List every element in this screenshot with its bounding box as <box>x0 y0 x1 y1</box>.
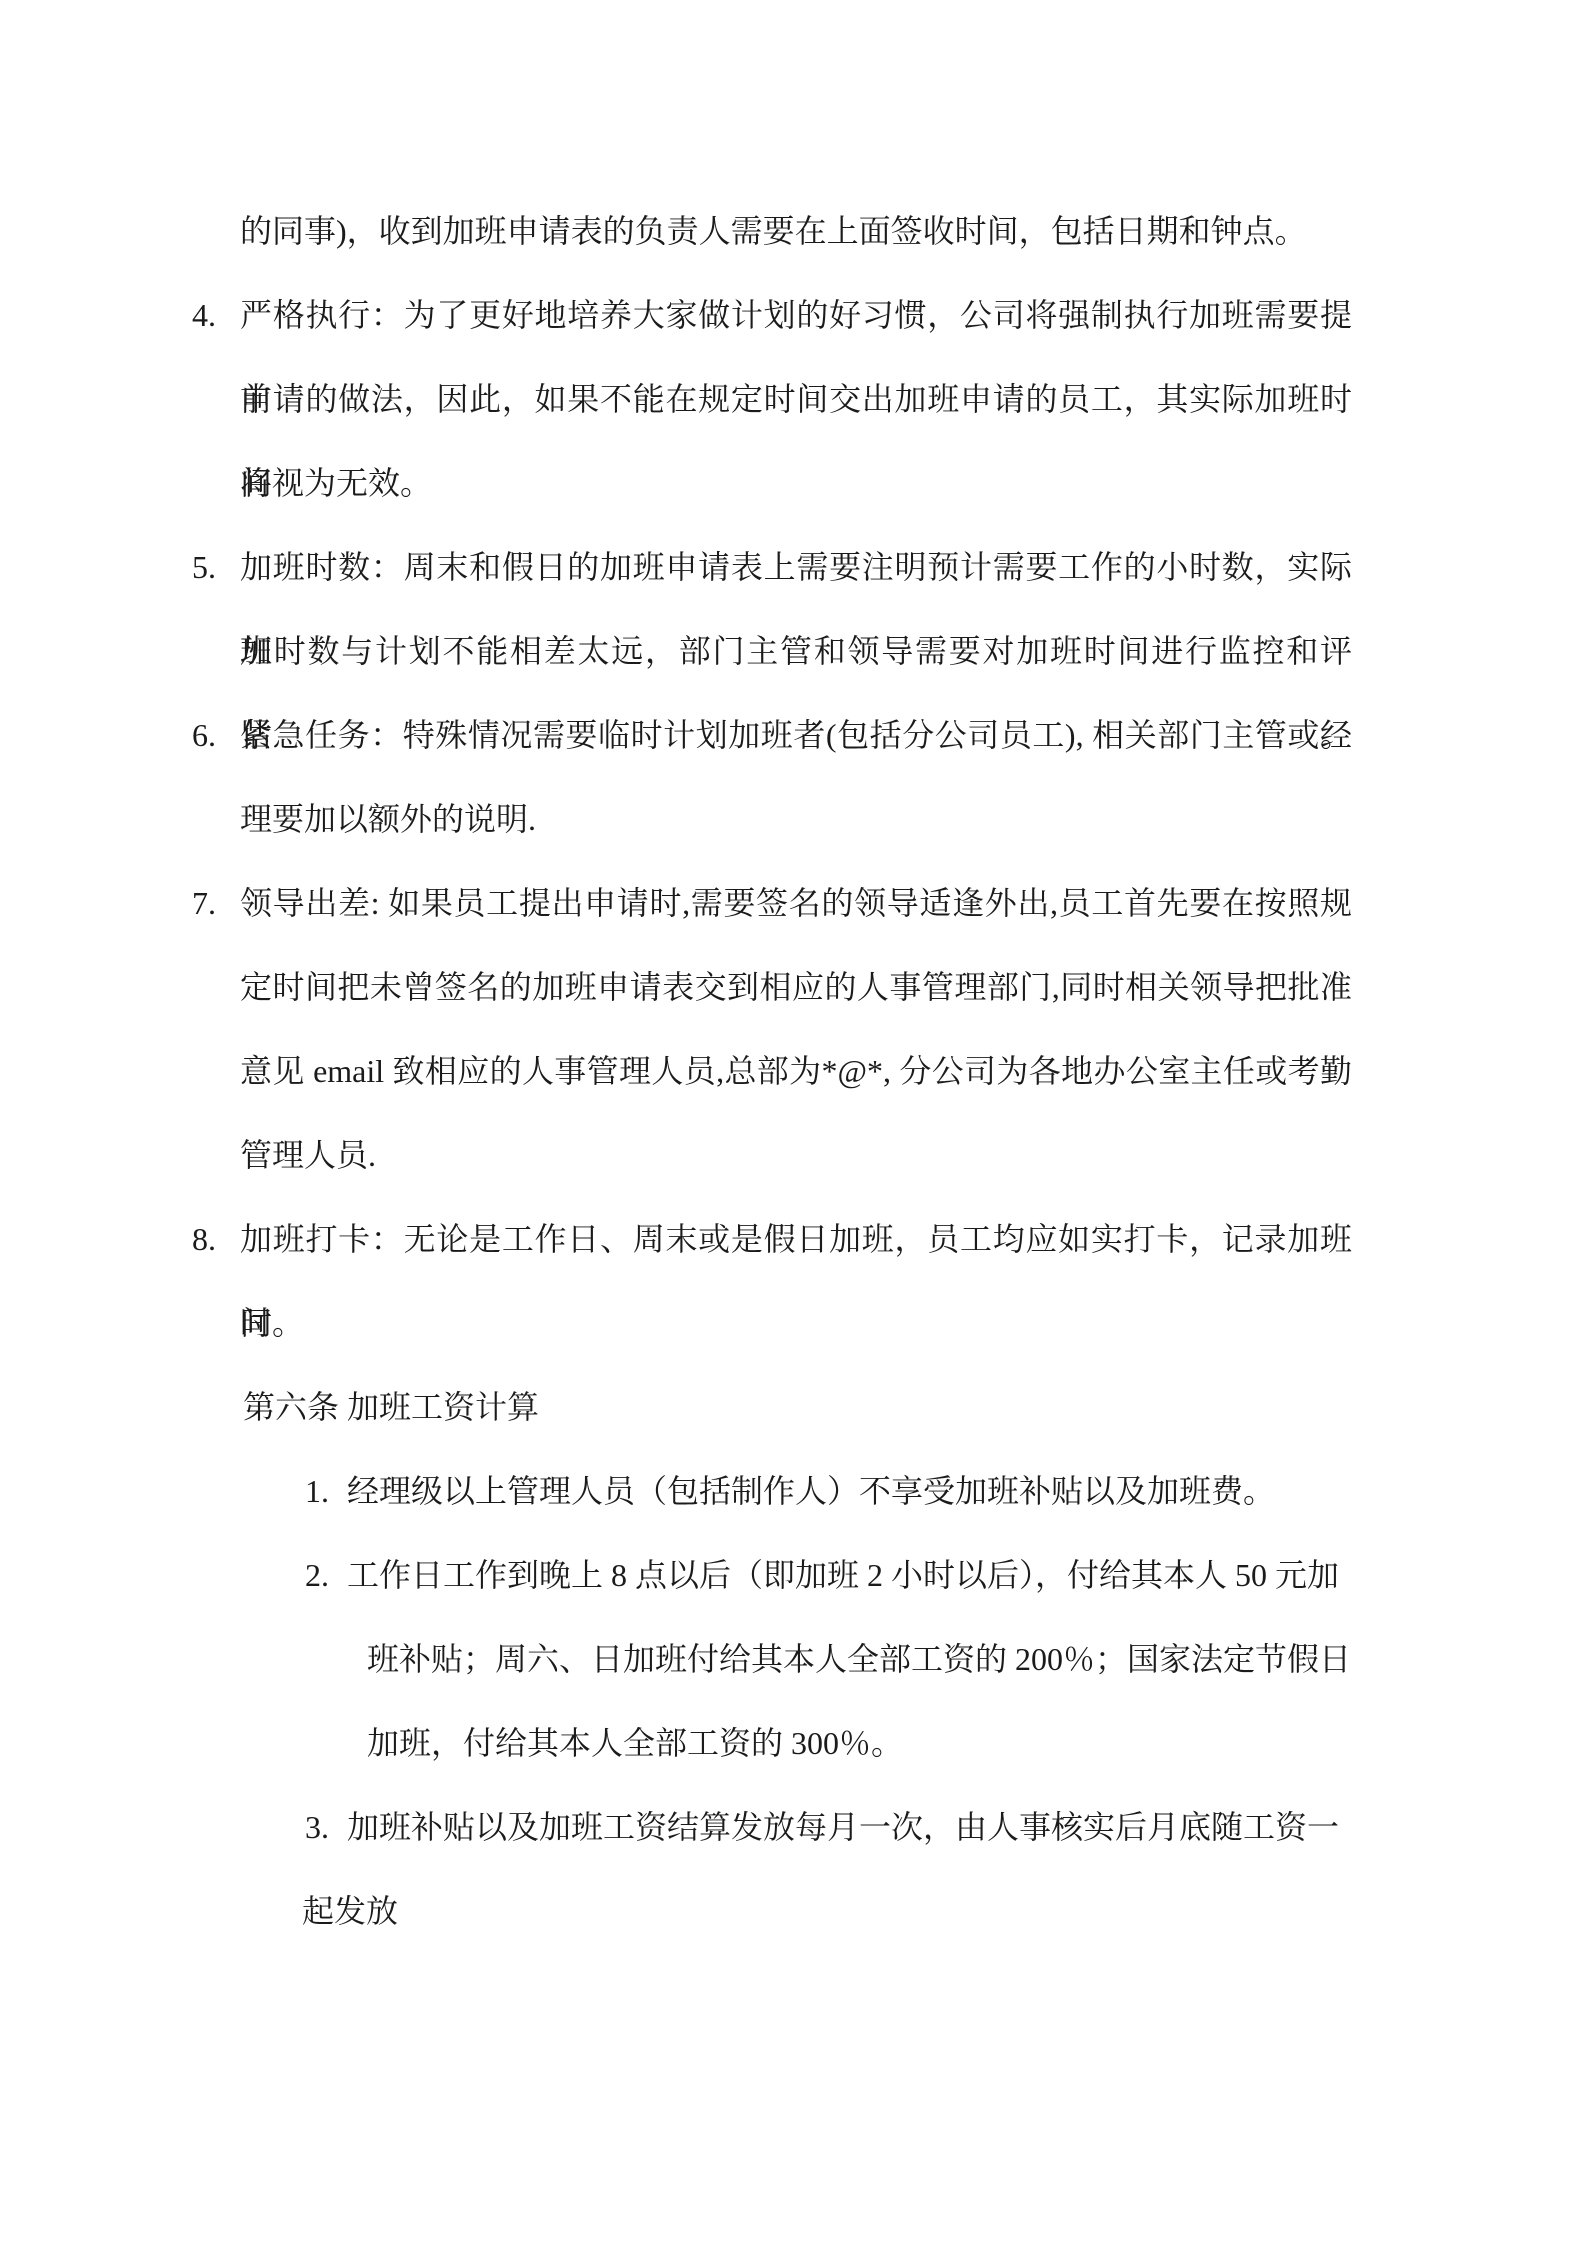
line-text: 经理级以上管理人员（包括制作人）不享受加班补贴以及加班费。 <box>347 1449 1587 1533</box>
list-item-4-line-1: 4. 严格执行：为了更好地培养大家做计划的好习惯，公司将强制执行加班需要提前 <box>0 273 1587 357</box>
sub-item-1-line-1: 1. 经理级以上管理人员（包括制作人）不享受加班补贴以及加班费。 <box>0 1449 1587 1533</box>
text-line: 间。 <box>0 1281 1587 1365</box>
text-line: 的同事)，收到加班申请表的负责人需要在上面签收时间，包括日期和钟点。 <box>0 189 1587 273</box>
sub-item-2-line-1: 2. 工作日工作到晚上 8 点以后（即加班 2 小时以后），付给其本人 50 元… <box>0 1533 1587 1617</box>
line-text: 加班补贴以及加班工资结算发放每月一次，由人事核实后月底随工资一 <box>347 1785 1587 1869</box>
list-item-7-line-1: 7. 领导出差: 如果员工提出申请时,需要签名的领导适逢外出,员工首先要在按照规 <box>0 861 1587 945</box>
list-number: 3. <box>305 1785 329 1869</box>
text-line: 起发放 <box>0 1869 1587 1953</box>
text-line: 管理人员. <box>0 1113 1587 1197</box>
line-text: 定时间把未曾签名的加班申请表交到相应的人事管理部门,同时相关领导把批准 <box>240 945 1352 1029</box>
line-text: 管理人员. <box>240 1113 1587 1197</box>
list-item-5-line-1: 5. 加班时数：周末和假日的加班申请表上需要注明预计需要工作的小时数，实际加 <box>0 525 1587 609</box>
list-number: 4. <box>192 273 216 357</box>
list-item-6-line-1: 6. 紧急任务：特殊情况需要临时计划加班者(包括分公司员工), 相关部门主管或经 <box>0 693 1587 777</box>
text-line: 意见 email 致相应的人事管理人员,总部为*@*, 分公司为各地办公室主任或… <box>0 1029 1587 1113</box>
document-content: 的同事)，收到加班申请表的负责人需要在上面签收时间，包括日期和钟点。 4. 严格… <box>0 189 1587 1953</box>
text-line: 班时数与计划不能相差太远，部门主管和领导需要对加班时间进行监控和评估。 <box>0 609 1587 693</box>
line-text: 工作日工作到晚上 8 点以后（即加班 2 小时以后），付给其本人 50 元加 <box>347 1533 1587 1617</box>
text-line: 申请的做法，因此，如果不能在规定时间交出加班申请的员工，其实际加班时间 <box>0 357 1587 441</box>
section-heading: 第六条 加班工资计算 <box>0 1365 1587 1449</box>
list-number: 1. <box>305 1449 329 1533</box>
list-number: 5. <box>192 525 216 609</box>
list-item-8-line-1: 8. 加班打卡：无论是工作日、周末或是假日加班，员工均应如实打卡，记录加班时 <box>0 1197 1587 1281</box>
line-text: 班补贴；周六、日加班付给其本人全部工资的 200％；国家法定节假日 <box>367 1617 1587 1701</box>
line-text: 领导出差: 如果员工提出申请时,需要签名的领导适逢外出,员工首先要在按照规 <box>240 861 1352 945</box>
text-line: 加班，付给其本人全部工资的 300％。 <box>0 1701 1587 1785</box>
list-number: 2. <box>305 1533 329 1617</box>
line-text: 理要加以额外的说明. <box>240 777 1587 861</box>
text-line: 定时间把未曾签名的加班申请表交到相应的人事管理部门,同时相关领导把批准 <box>0 945 1587 1029</box>
line-text: 将视为无效。 <box>240 441 1587 525</box>
text-line: 班补贴；周六、日加班付给其本人全部工资的 200％；国家法定节假日 <box>0 1617 1587 1701</box>
line-text: 意见 email 致相应的人事管理人员,总部为*@*, 分公司为各地办公室主任或… <box>240 1029 1352 1113</box>
line-text: 加班，付给其本人全部工资的 300％。 <box>367 1701 1587 1785</box>
list-number: 6. <box>192 693 216 777</box>
line-text: 起发放 <box>302 1869 1587 1953</box>
text-line: 将视为无效。 <box>0 441 1587 525</box>
list-number: 8. <box>192 1197 216 1281</box>
document-page: 的同事)，收到加班申请表的负责人需要在上面签收时间，包括日期和钟点。 4. 严格… <box>0 0 1587 2245</box>
section-heading-text: 第六条 加班工资计算 <box>243 1365 1587 1449</box>
text-line: 理要加以额外的说明. <box>0 777 1587 861</box>
line-text: 的同事)，收到加班申请表的负责人需要在上面签收时间，包括日期和钟点。 <box>240 189 1587 273</box>
sub-item-3-line-1: 3. 加班补贴以及加班工资结算发放每月一次，由人事核实后月底随工资一 <box>0 1785 1587 1869</box>
list-number: 7. <box>192 861 216 945</box>
line-text: 间。 <box>240 1281 1587 1365</box>
line-text: 紧急任务：特殊情况需要临时计划加班者(包括分公司员工), 相关部门主管或经 <box>240 693 1352 777</box>
